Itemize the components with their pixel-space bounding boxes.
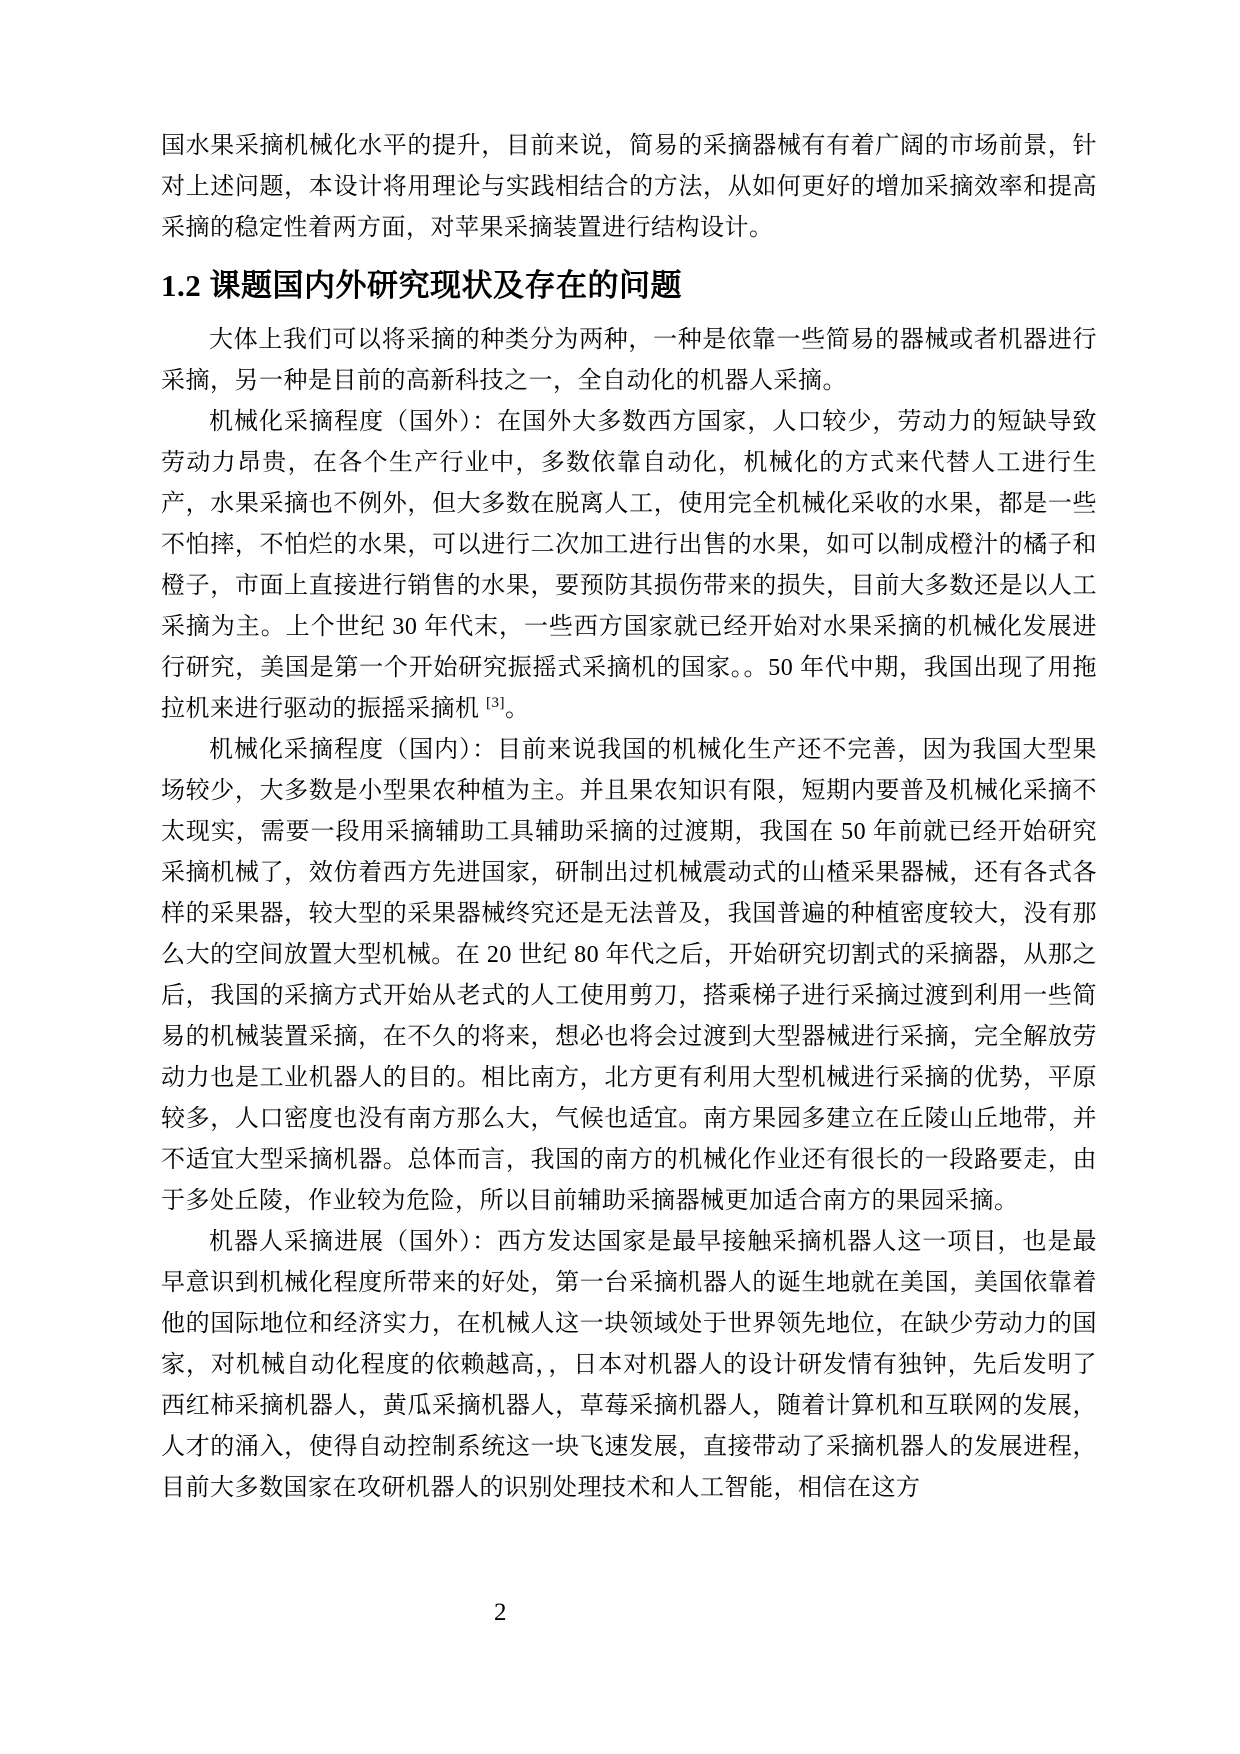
paragraph: 机械化采摘程度（国内）：目前来说我国的机械化生产还不完善，因为我国大型果场较少，… [161,730,1097,1222]
document-page: 国水果采摘机械化水平的提升，目前来说，简易的采摘器械有有着广阔的市场前景，针对上… [0,0,1240,1754]
paragraph-text: 。 [505,696,530,722]
paragraph: 机器人采摘进展（国外）：西方发达国家是最早接触采摘机器人这一项目，也是最早意识到… [161,1222,1097,1509]
section-heading: 1.2 课题国内外研究现状及存在的问题 [161,265,1097,307]
paragraph-continuation: 国水果采摘机械化水平的提升，目前来说，简易的采摘器械有有着广阔的市场前景，针对上… [161,126,1097,249]
paragraph-text: 机械化采摘程度（国外）：在国外大多数西方国家，人口较少，劳动力的短缺导致劳动力昂… [161,409,1097,722]
page-content: 国水果采摘机械化水平的提升，目前来说，简易的采摘器械有有着广阔的市场前景，针对上… [161,126,1097,1509]
paragraph: 大体上我们可以将采摘的种类分为两种，一种是依靠一些简易的器械或者机器进行采摘，另… [161,320,1097,402]
page-number: 2 [494,1598,507,1628]
paragraph: 机械化采摘程度（国外）：在国外大多数西方国家，人口较少，劳动力的短缺导致劳动力昂… [161,402,1097,730]
citation-ref: [3] [486,695,505,711]
